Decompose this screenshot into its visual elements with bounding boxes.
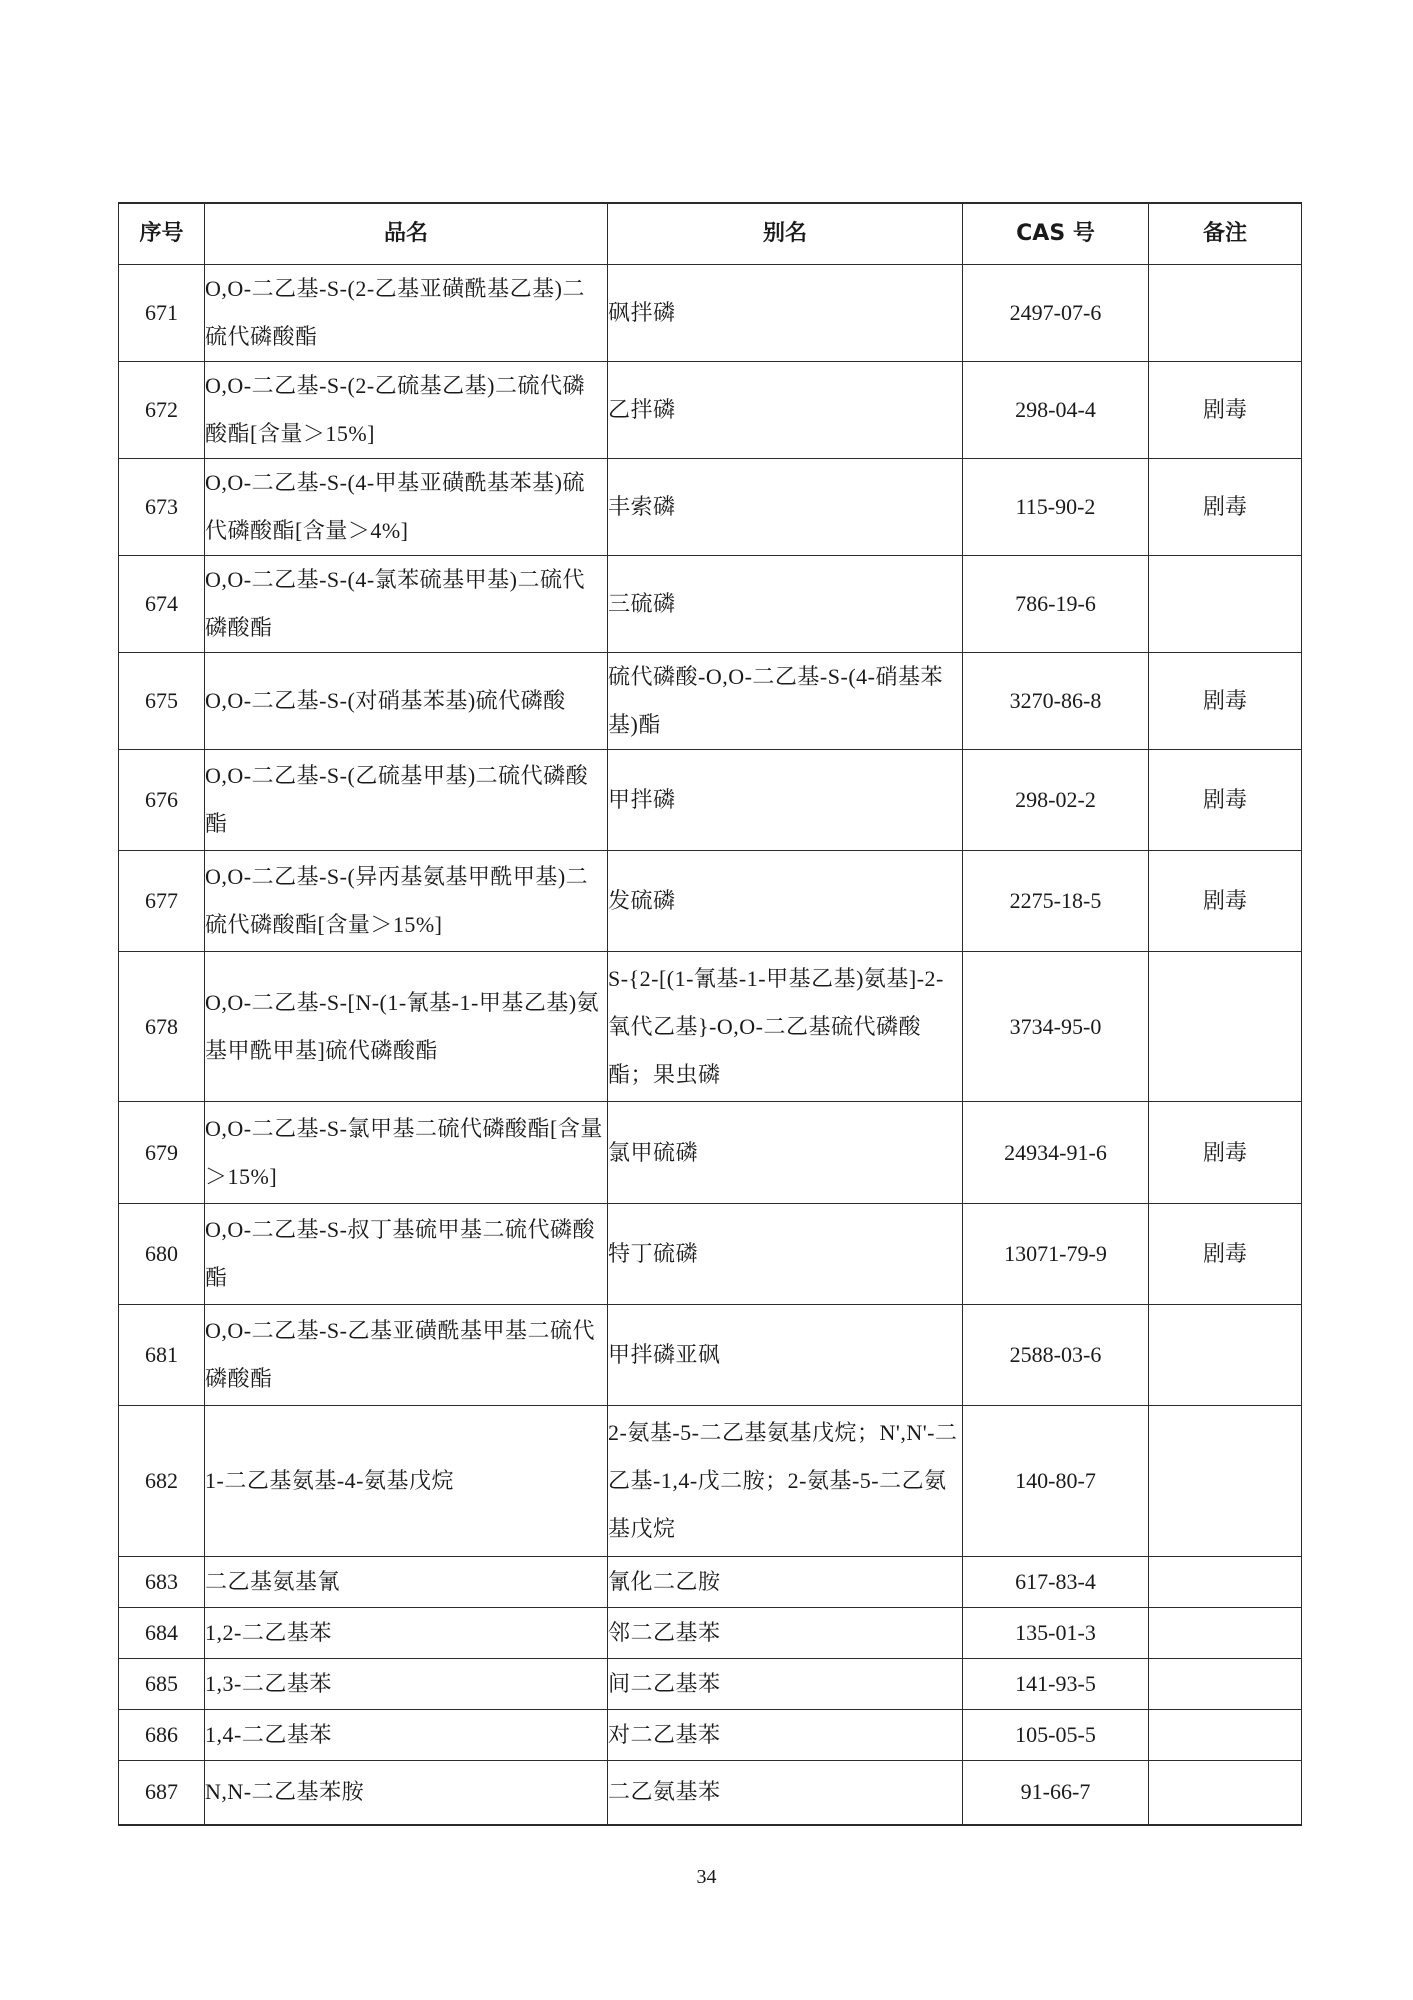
cell-seq: 674 [119, 556, 205, 653]
table-row: 674 O,O-二乙基-S-(4-氯苯硫基甲基)二硫代磷酸酯 三硫磷 786-1… [119, 556, 1302, 653]
cell-note [1149, 1710, 1302, 1761]
cell-seq: 676 [119, 750, 205, 851]
cell-name: O,O-二乙基-S-[N-(1-氰基-1-甲基乙基)氨基甲酰甲基]硫代磷酸酯 [205, 952, 608, 1102]
cell-note [1149, 1608, 1302, 1659]
cell-alias: 特丁硫磷 [608, 1204, 963, 1305]
cell-seq: 687 [119, 1761, 205, 1825]
cell-name: N,N-二乙基苯胺 [205, 1761, 608, 1825]
cell-seq: 675 [119, 653, 205, 750]
cell-name: 1,3-二乙基苯 [205, 1659, 608, 1710]
cell-cas: 141-93-5 [963, 1659, 1149, 1710]
cell-seq: 678 [119, 952, 205, 1102]
cell-cas: 24934-91-6 [963, 1102, 1149, 1204]
cell-name: 1,4-二乙基苯 [205, 1710, 608, 1761]
cell-cas: 298-04-4 [963, 362, 1149, 459]
header-seq: 序号 [119, 203, 205, 265]
table-row: 683 二乙基氨基氰 氰化二乙胺 617-83-4 [119, 1557, 1302, 1608]
cell-note: 剧毒 [1149, 1204, 1302, 1305]
cell-alias: 对二乙基苯 [608, 1710, 963, 1761]
cell-note: 剧毒 [1149, 1102, 1302, 1204]
cell-seq: 684 [119, 1608, 205, 1659]
cell-name: O,O-二乙基-S-(异丙基氨基甲酰甲基)二硫代磷酸酯[含量＞15%] [205, 851, 608, 952]
cell-note [1149, 1305, 1302, 1406]
table-row: 681 O,O-二乙基-S-乙基亚磺酰基甲基二硫代磷酸酯 甲拌磷亚砜 2588-… [119, 1305, 1302, 1406]
header-name: 品名 [205, 203, 608, 265]
cell-note: 剧毒 [1149, 851, 1302, 952]
cell-cas: 13071-79-9 [963, 1204, 1149, 1305]
cell-alias: 发硫磷 [608, 851, 963, 952]
cell-note: 剧毒 [1149, 459, 1302, 556]
cell-alias: 氰化二乙胺 [608, 1557, 963, 1608]
cell-cas: 2275-18-5 [963, 851, 1149, 952]
table-row: 686 1,4-二乙基苯 对二乙基苯 105-05-5 [119, 1710, 1302, 1761]
cell-seq: 682 [119, 1406, 205, 1557]
cell-alias: 氯甲硫磷 [608, 1102, 963, 1204]
cell-alias: 甲拌磷亚砜 [608, 1305, 963, 1406]
cell-cas: 298-02-2 [963, 750, 1149, 851]
cell-cas: 617-83-4 [963, 1557, 1149, 1608]
cell-seq: 679 [119, 1102, 205, 1204]
table-row: 672 O,O-二乙基-S-(2-乙硫基乙基)二硫代磷酸酯[含量＞15%] 乙拌… [119, 362, 1302, 459]
cell-seq: 671 [119, 265, 205, 362]
cell-alias: 邻二乙基苯 [608, 1608, 963, 1659]
cell-seq: 683 [119, 1557, 205, 1608]
cell-cas: 115-90-2 [963, 459, 1149, 556]
cell-name: O,O-二乙基-S-(对硝基苯基)硫代磷酸 [205, 653, 608, 750]
cell-note [1149, 556, 1302, 653]
cell-note [1149, 1761, 1302, 1825]
cell-alias: 三硫磷 [608, 556, 963, 653]
cell-seq: 680 [119, 1204, 205, 1305]
cell-name: O,O-二乙基-S-(4-甲基亚磺酰基苯基)硫代磷酸酯[含量＞4%] [205, 459, 608, 556]
cell-note [1149, 952, 1302, 1102]
cell-name: 二乙基氨基氰 [205, 1557, 608, 1608]
header-alias: 别名 [608, 203, 963, 265]
table-row: 673 O,O-二乙基-S-(4-甲基亚磺酰基苯基)硫代磷酸酯[含量＞4%] 丰… [119, 459, 1302, 556]
cell-name: O,O-二乙基-S-(4-氯苯硫基甲基)二硫代磷酸酯 [205, 556, 608, 653]
cell-seq: 681 [119, 1305, 205, 1406]
table-row: 677 O,O-二乙基-S-(异丙基氨基甲酰甲基)二硫代磷酸酯[含量＞15%] … [119, 851, 1302, 952]
cell-alias: 间二乙基苯 [608, 1659, 963, 1710]
cell-name: O,O-二乙基-S-乙基亚磺酰基甲基二硫代磷酸酯 [205, 1305, 608, 1406]
cell-cas: 140-80-7 [963, 1406, 1149, 1557]
document-page: 序号 品名 别名 CAS 号 备注 671 O,O-二乙基-S-(2-乙基亚磺酰… [0, 0, 1413, 2000]
cell-seq: 673 [119, 459, 205, 556]
cell-cas: 3734-95-0 [963, 952, 1149, 1102]
cell-cas: 135-01-3 [963, 1608, 1149, 1659]
table-row: 685 1,3-二乙基苯 间二乙基苯 141-93-5 [119, 1659, 1302, 1710]
table-row: 675 O,O-二乙基-S-(对硝基苯基)硫代磷酸 硫代磷酸-O,O-二乙基-S… [119, 653, 1302, 750]
table-row: 682 1-二乙基氨基-4-氨基戊烷 2-氨基-5-二乙基氨基戊烷；N',N'-… [119, 1406, 1302, 1557]
cell-seq: 672 [119, 362, 205, 459]
cell-cas: 2497-07-6 [963, 265, 1149, 362]
cell-name: O,O-二乙基-S-(2-乙硫基乙基)二硫代磷酸酯[含量＞15%] [205, 362, 608, 459]
table-row: 679 O,O-二乙基-S-氯甲基二硫代磷酸酯[含量＞15%] 氯甲硫磷 249… [119, 1102, 1302, 1204]
cell-note: 剧毒 [1149, 653, 1302, 750]
cell-note: 剧毒 [1149, 362, 1302, 459]
table-header-row: 序号 品名 别名 CAS 号 备注 [119, 203, 1302, 265]
page-number: 34 [0, 1866, 1413, 1889]
cell-note: 剧毒 [1149, 750, 1302, 851]
cell-cas: 786-19-6 [963, 556, 1149, 653]
header-cas: CAS 号 [963, 203, 1149, 265]
cell-name: O,O-二乙基-S-(2-乙基亚磺酰基乙基)二硫代磷酸酯 [205, 265, 608, 362]
cell-name: 1,2-二乙基苯 [205, 1608, 608, 1659]
cell-cas: 2588-03-6 [963, 1305, 1149, 1406]
cell-alias: 2-氨基-5-二乙基氨基戊烷；N',N'-二乙基-1,4-戊二胺；2-氨基-5-… [608, 1406, 963, 1557]
chemical-list-table: 序号 品名 别名 CAS 号 备注 671 O,O-二乙基-S-(2-乙基亚磺酰… [118, 202, 1302, 1826]
cell-alias: 甲拌磷 [608, 750, 963, 851]
table-row: 687 N,N-二乙基苯胺 二乙氨基苯 91-66-7 [119, 1761, 1302, 1825]
table-row: 671 O,O-二乙基-S-(2-乙基亚磺酰基乙基)二硫代磷酸酯 砜拌磷 249… [119, 265, 1302, 362]
cell-alias: 砜拌磷 [608, 265, 963, 362]
cell-name: O,O-二乙基-S-叔丁基硫甲基二硫代磷酸酯 [205, 1204, 608, 1305]
cell-note [1149, 265, 1302, 362]
cell-alias: 二乙氨基苯 [608, 1761, 963, 1825]
cell-seq: 686 [119, 1710, 205, 1761]
cell-note [1149, 1557, 1302, 1608]
cell-alias: 丰索磷 [608, 459, 963, 556]
cell-note [1149, 1406, 1302, 1557]
cell-alias: 硫代磷酸-O,O-二乙基-S-(4-硝基苯基)酯 [608, 653, 963, 750]
table-row: 680 O,O-二乙基-S-叔丁基硫甲基二硫代磷酸酯 特丁硫磷 13071-79… [119, 1204, 1302, 1305]
cell-alias: S-{2-[(1-氰基-1-甲基乙基)氨基]-2-氧代乙基}-O,O-二乙基硫代… [608, 952, 963, 1102]
cell-note [1149, 1659, 1302, 1710]
cell-name: 1-二乙基氨基-4-氨基戊烷 [205, 1406, 608, 1557]
table-row: 678 O,O-二乙基-S-[N-(1-氰基-1-甲基乙基)氨基甲酰甲基]硫代磷… [119, 952, 1302, 1102]
table-row: 684 1,2-二乙基苯 邻二乙基苯 135-01-3 [119, 1608, 1302, 1659]
cell-name: O,O-二乙基-S-氯甲基二硫代磷酸酯[含量＞15%] [205, 1102, 608, 1204]
table-row: 676 O,O-二乙基-S-(乙硫基甲基)二硫代磷酸酯 甲拌磷 298-02-2… [119, 750, 1302, 851]
cell-cas: 105-05-5 [963, 1710, 1149, 1761]
cell-seq: 685 [119, 1659, 205, 1710]
cell-cas: 3270-86-8 [963, 653, 1149, 750]
cell-alias: 乙拌磷 [608, 362, 963, 459]
header-note: 备注 [1149, 203, 1302, 265]
cell-seq: 677 [119, 851, 205, 952]
cell-name: O,O-二乙基-S-(乙硫基甲基)二硫代磷酸酯 [205, 750, 608, 851]
cell-cas: 91-66-7 [963, 1761, 1149, 1825]
